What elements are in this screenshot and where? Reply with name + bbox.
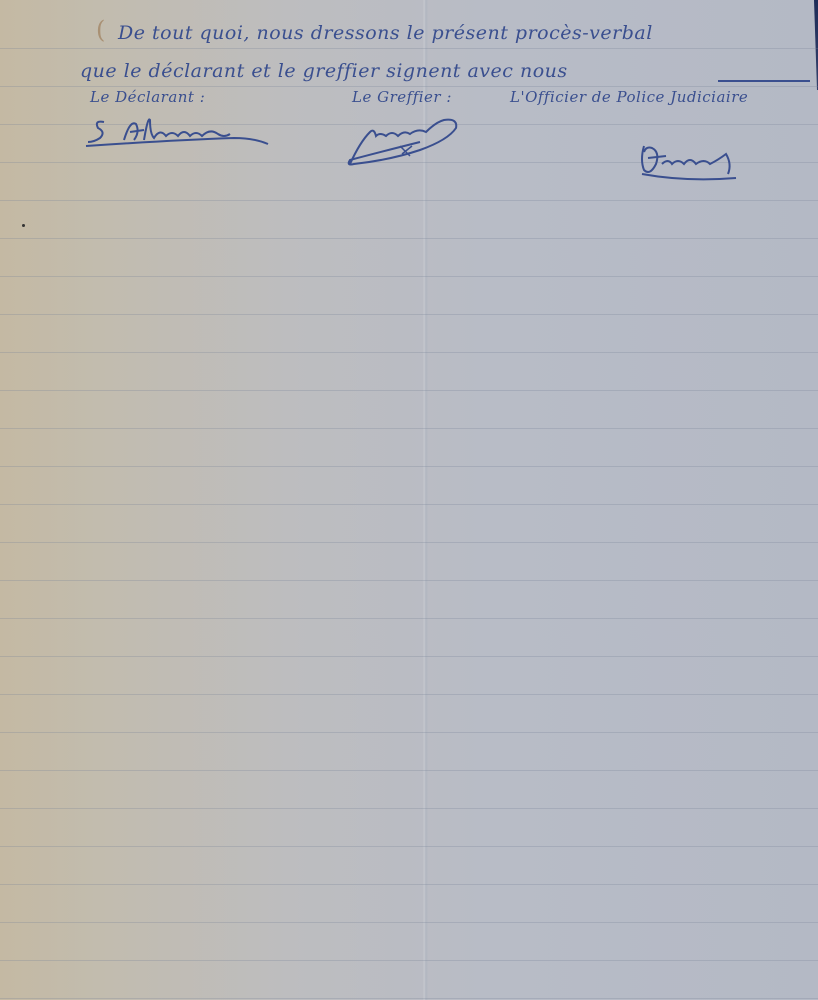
text-line-1: De tout quoi, nous dressons le présent p… [118, 22, 653, 44]
ruled-line [0, 618, 818, 619]
pencil-mark: ( [96, 16, 105, 44]
ruled-line [0, 846, 818, 847]
greffier-label: Le Greffier : [352, 88, 452, 106]
ruled-line [0, 580, 818, 581]
greffier-signature [340, 112, 470, 172]
ruled-line [0, 884, 818, 885]
ruled-line [0, 922, 818, 923]
ruled-line [0, 466, 818, 467]
ruled-line [0, 694, 818, 695]
ruled-line [0, 428, 818, 429]
officier-label: L'Officier de Police Judiciaire [510, 88, 748, 106]
document-page: ( De tout quoi, nous dressons le présent… [0, 0, 818, 1000]
ruled-line [0, 808, 818, 809]
ruled-line [0, 998, 818, 999]
ruled-line [0, 656, 818, 657]
ruled-line [0, 960, 818, 961]
ruled-line [0, 390, 818, 391]
ruled-line [0, 48, 818, 49]
ink-speck [22, 224, 25, 227]
ruled-line [0, 200, 818, 201]
declarant-signature [84, 112, 274, 154]
text-line-2: que le déclarant et le greffier signent … [80, 60, 568, 82]
officier-signature [636, 140, 746, 186]
ruled-line [0, 352, 818, 353]
ruled-line [0, 238, 818, 239]
closing-line [718, 80, 810, 82]
ruled-line [0, 732, 818, 733]
declarant-label: Le Déclarant : [90, 88, 205, 106]
ruled-line [0, 770, 818, 771]
ruled-line [0, 504, 818, 505]
ruled-line [0, 542, 818, 543]
ruled-line [0, 314, 818, 315]
ruled-line [0, 86, 818, 87]
ruled-line [0, 276, 818, 277]
background-edge [808, 0, 818, 90]
